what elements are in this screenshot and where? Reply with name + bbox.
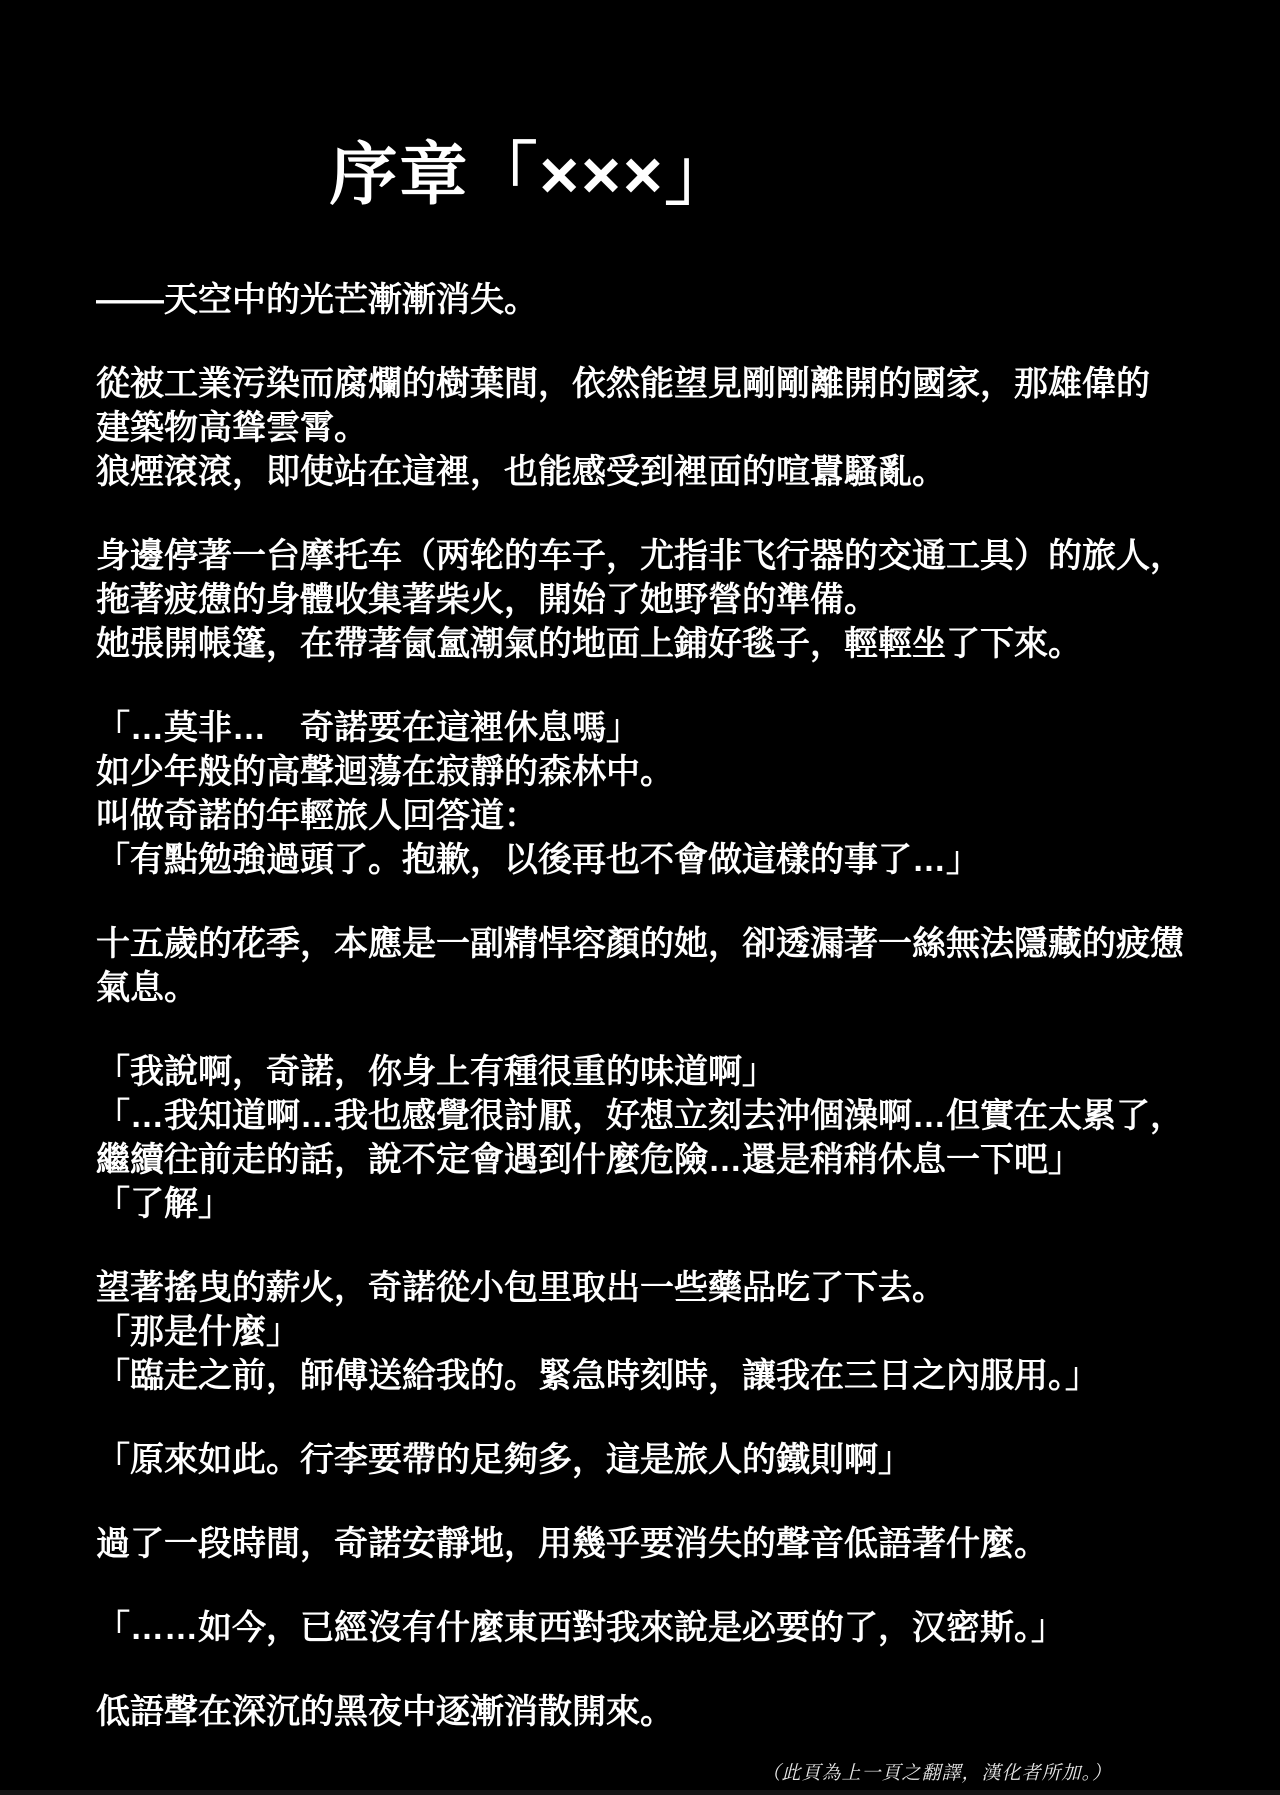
paragraph: 低語聲在深沉的黑夜中逐漸消散開來。 [96,1690,1200,1734]
text-line: 氣息。 [96,966,1200,1010]
paragraph: 望著搖曳的薪火，奇諾從小包里取出一些藥品吃了下去。「那是什麼」「臨走之前，師傅送… [96,1266,1200,1398]
text-line: 叫做奇諾的年輕旅人回答道： [96,794,1200,838]
text-line: 「…莫非… 奇諾要在這裡休息嗎」 [96,706,1200,750]
text-line: 十五歲的花季，本應是一副精悍容顏的她，卻透漏著一絲無法隱藏的疲憊 [96,922,1200,966]
text-line: 「有點勉強過頭了。抱歉，以後再也不會做這樣的事了…」 [96,838,1200,882]
paragraph: ——天空中的光芒漸漸消失。 [96,278,1200,322]
text-line: 「…我知道啊…我也感覺很討厭，好想立刻去沖個澡啊…但實在太累了， [96,1094,1200,1138]
paragraph: 過了一段時間，奇諾安靜地，用幾乎要消失的聲音低語著什麼。 [96,1522,1200,1566]
text-line: 她張開帳篷，在帶著氤氳潮氣的地面上鋪好毯子，輕輕坐了下來。 [96,622,1200,666]
text-line: 「……如今，已經沒有什麼東西對我來說是必要的了，汉密斯。」 [96,1606,1200,1650]
text-line: 低語聲在深沉的黑夜中逐漸消散開來。 [96,1690,1200,1734]
text-line: 身邊停著一台摩托车（两轮的车子，尤指非飞行器的交通工具）的旅人， [96,534,1200,578]
text-line: 「臨走之前，師傅送給我的。緊急時刻時，讓我在三日之內服用。」 [96,1354,1200,1398]
paragraph: 身邊停著一台摩托车（两轮的车子，尤指非飞行器的交通工具）的旅人，拖著疲憊的身體收… [96,534,1200,666]
paragraph: 從被工業污染而腐爛的樹葉間，依然能望見剛剛離開的國家，那雄偉的建築物高聳雲霄。狼… [96,362,1200,494]
paragraph: 「我說啊，奇諾，你身上有種很重的味道啊」「…我知道啊…我也感覺很討厭，好想立刻去… [96,1050,1200,1226]
text-line: 從被工業污染而腐爛的樹葉間，依然能望見剛剛離開的國家，那雄偉的 [96,362,1200,406]
text-line: 「那是什麼」 [96,1310,1200,1354]
page: 序章「×××」 ——天空中的光芒漸漸消失。從被工業污染而腐爛的樹葉間，依然能望見… [0,0,1280,1795]
text-line: 拖著疲憊的身體收集著柴火，開始了她野營的準備。 [96,578,1200,622]
paragraph: 「……如今，已經沒有什麼東西對我來說是必要的了，汉密斯。」 [96,1606,1200,1650]
text-line: 「我說啊，奇諾，你身上有種很重的味道啊」 [96,1050,1200,1094]
text-line: 望著搖曳的薪火，奇諾從小包里取出一些藥品吃了下去。 [96,1266,1200,1310]
translator-note: （此頁為上一頁之翻譯，漢化者所加。） [761,1758,1112,1785]
text-line: ——天空中的光芒漸漸消失。 [96,278,1200,322]
paragraph: 「…莫非… 奇諾要在這裡休息嗎」如少年般的高聲迴蕩在寂靜的森林中。叫做奇諾的年輕… [96,706,1200,882]
text-line: 如少年般的高聲迴蕩在寂靜的森林中。 [96,750,1200,794]
text-line: 建築物高聳雲霄。 [96,406,1200,450]
chapter-title: 序章「×××」 [0,46,1064,213]
text-line: 繼續往前走的話，說不定會遇到什麼危險…還是稍稍休息一下吧」 [96,1138,1200,1182]
paragraph: 十五歲的花季，本應是一副精悍容顏的她，卻透漏著一絲無法隱藏的疲憊氣息。 [96,922,1200,1010]
text-line: 「了解」 [96,1182,1200,1226]
text-line: 過了一段時間，奇諾安靜地，用幾乎要消失的聲音低語著什麼。 [96,1522,1200,1566]
paragraph: 「原來如此。行李要帶的足夠多，這是旅人的鐵則啊」 [96,1438,1200,1482]
text-line: 「原來如此。行李要帶的足夠多，這是旅人的鐵則啊」 [96,1438,1200,1482]
text-line: 狼煙滾滾，即使站在這裡，也能感受到裡面的喧囂騷亂。 [96,450,1200,494]
body-text: ——天空中的光芒漸漸消失。從被工業污染而腐爛的樹葉間，依然能望見剛剛離開的國家，… [0,278,1280,1734]
scan-edge [0,1790,1280,1795]
